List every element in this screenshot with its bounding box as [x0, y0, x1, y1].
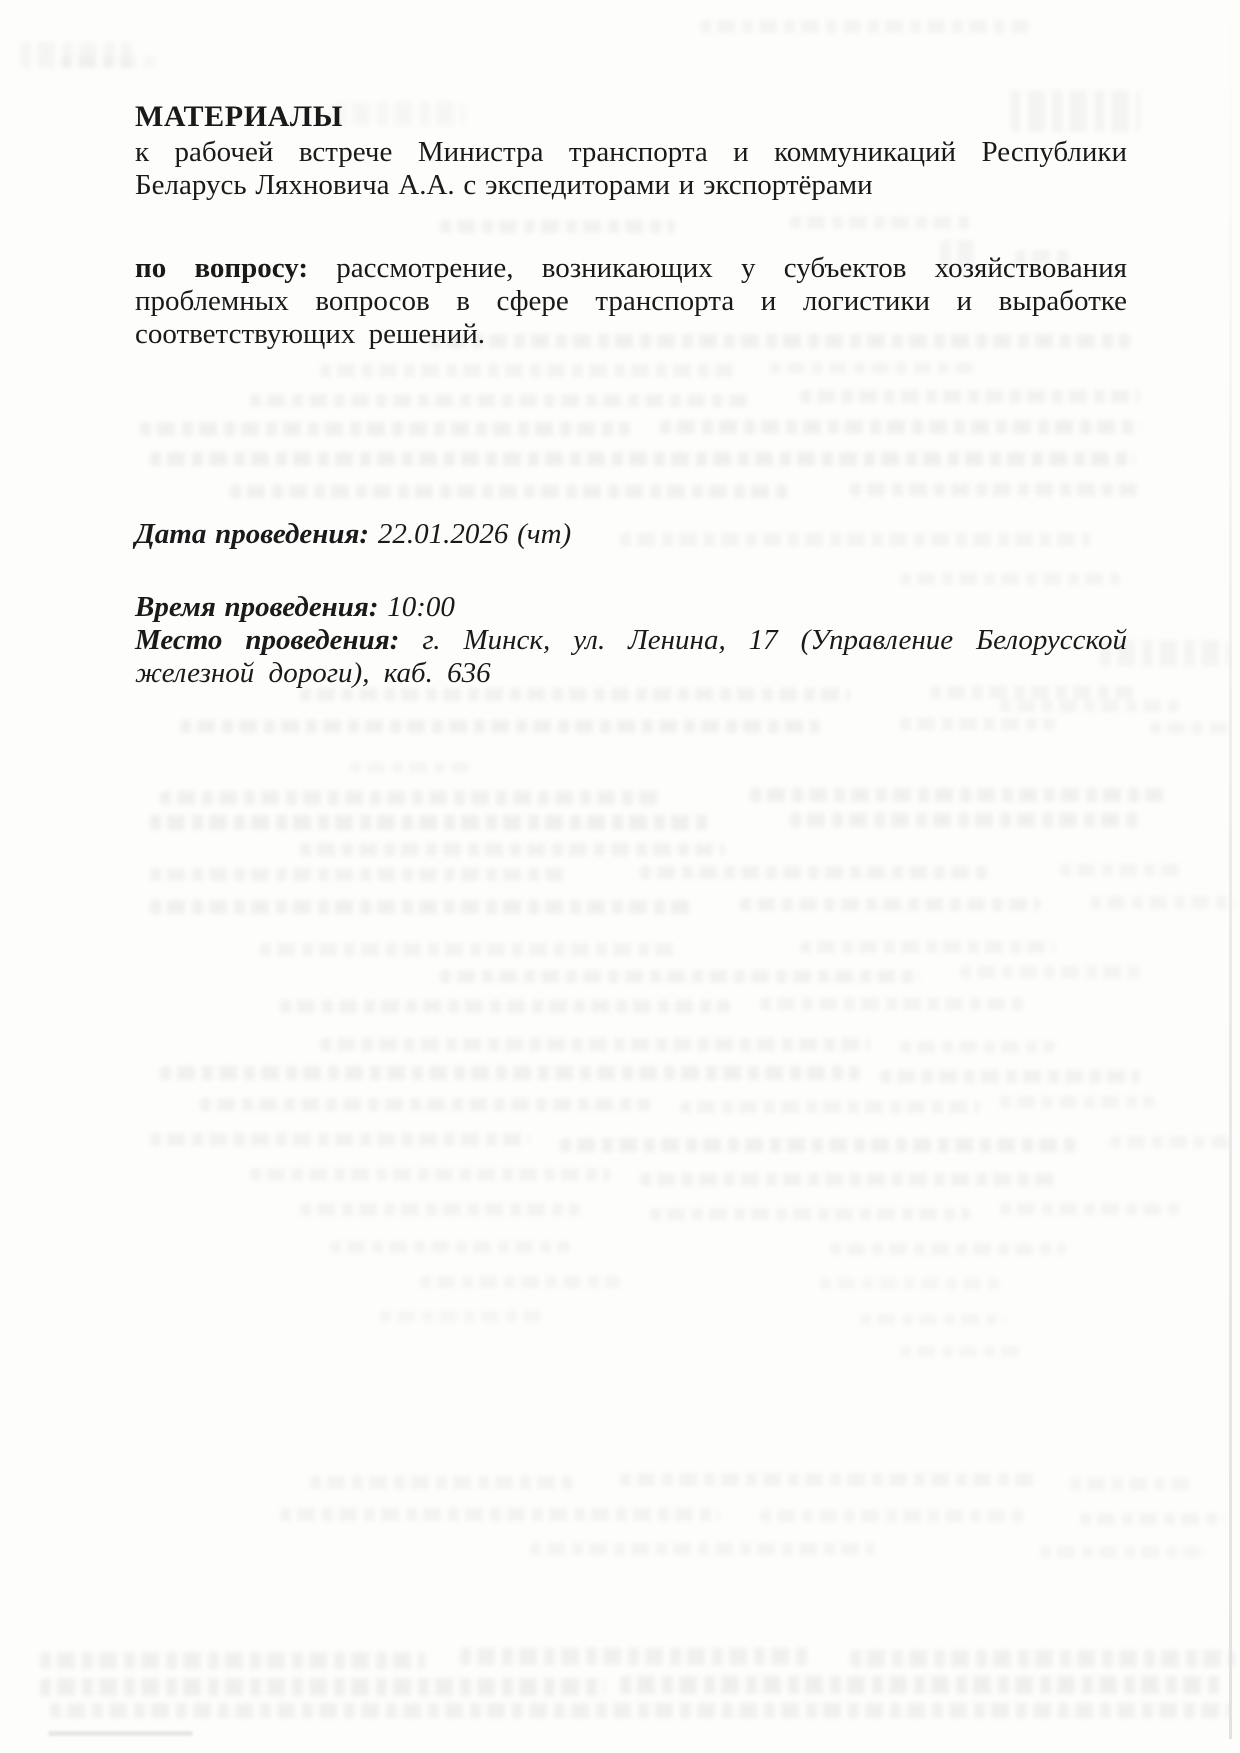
bleed-through-ghost: [900, 1346, 1025, 1357]
bleed-through-ghost: [280, 1000, 730, 1013]
time-value: 10:00: [387, 591, 455, 623]
bleed-through-ghost: [760, 998, 1025, 1010]
bleed-through-ghost: [1000, 700, 1185, 712]
bleed-through-ghost: [300, 843, 725, 856]
document-title: МАТЕРИАЛЫ: [135, 100, 1127, 133]
bleed-through-ghost: [650, 1208, 970, 1220]
bleed-through-ghost: [660, 420, 1140, 434]
bleed-through-ghost: [850, 1650, 1235, 1667]
bleed-through-ghost: [150, 900, 690, 914]
bleed-through-ghost: [860, 1314, 1005, 1325]
bleed-through-ghost: [1080, 1513, 1225, 1525]
bleed-through-ghost: [800, 390, 1140, 403]
bleed-through-ghost: [40, 1678, 605, 1696]
scanned-document-page: МАТЕРИАЛЫ к рабочей встрече Министра тра…: [0, 0, 1240, 1753]
bleed-through-ghost: [880, 1070, 1140, 1083]
bleed-through-ghost: [180, 720, 820, 733]
scan-streak-bottom: [48, 1731, 193, 1736]
bleed-through-ghost: [420, 1276, 620, 1288]
bleed-through-ghost: [680, 1101, 980, 1113]
bleed-through-ghost: [140, 422, 630, 436]
bleed-through-ghost: [350, 762, 475, 773]
bleed-through-ghost: [1000, 1203, 1185, 1215]
bleed-through-ghost: [790, 216, 975, 229]
bleed-through-ghost: [230, 485, 790, 498]
bleed-through-ghost: [740, 898, 1040, 911]
date-label: Дата проведения:: [135, 518, 369, 550]
bleed-through-ghost: [440, 220, 675, 233]
bleed-through-ghost: [1110, 1136, 1230, 1148]
bleed-through-ghost: [440, 970, 920, 983]
bleed-through-ghost: [1150, 722, 1235, 734]
bleed-through-ghost: [160, 1066, 860, 1080]
bleed-through-ghost: [770, 362, 980, 374]
bleed-through-ghost: [620, 1676, 1225, 1694]
time-label: Время проведения:: [135, 591, 379, 623]
bleed-through-ghost: [960, 966, 1145, 978]
bleed-through-ghost: [700, 20, 1030, 33]
date-line: Дата проведения: 22.01.2026 (чт): [135, 518, 1127, 551]
bleed-through-ghost: [300, 1203, 580, 1216]
bleed-through-ghost: [160, 791, 660, 805]
bleed-through-ghost: [60, 56, 160, 68]
bleed-through-ghost: [50, 1703, 1230, 1718]
bleed-through-ghost: [1040, 1546, 1205, 1558]
subject-paragraph: по вопросу: рассмотрение, возникающих у …: [135, 252, 1127, 351]
subject-label: по вопросу:: [135, 252, 308, 284]
time-line: Время проведения: 10:00: [135, 591, 1127, 624]
bleed-through-ghost: [1000, 1096, 1155, 1108]
bleed-through-ghost: [150, 815, 710, 830]
intro-paragraph: к рабочей встрече Министра транспорта и …: [135, 136, 1127, 202]
bleed-through-ghost: [150, 1133, 530, 1146]
bleed-through-ghost: [760, 1510, 1025, 1522]
bleed-through-ghost: [830, 1243, 1065, 1255]
bleed-through-ghost: [900, 718, 1055, 730]
bleed-through-ghost: [900, 1041, 1055, 1053]
bleed-through-ghost: [1070, 1478, 1195, 1490]
bleed-through-ghost: [150, 452, 1135, 466]
date-value: 22.01.2026 (чт): [378, 518, 571, 550]
bleed-through-ghost: [150, 868, 570, 881]
bleed-through-ghost: [640, 866, 990, 879]
bleed-through-ghost: [260, 943, 680, 956]
bleed-through-ghost: [20, 42, 132, 68]
bleed-through-ghost: [790, 813, 1140, 827]
bleed-through-ghost: [250, 394, 750, 407]
bleed-through-ghost: [320, 1038, 870, 1051]
place-label: Место проведения:: [135, 624, 399, 656]
bleed-through-ghost: [310, 1476, 575, 1489]
scan-edge-right: [1229, 0, 1232, 1739]
bleed-through-ghost: [380, 1311, 545, 1322]
bleed-through-ghost: [900, 573, 1120, 585]
bleed-through-ghost: [800, 941, 1055, 953]
bleed-through-ghost: [620, 1473, 1040, 1486]
bleed-through-ghost: [200, 1098, 650, 1111]
bleed-through-ghost: [40, 1652, 425, 1669]
bleed-through-ghost: [330, 1241, 570, 1253]
bleed-through-ghost: [850, 483, 1140, 496]
bleed-through-ghost: [320, 364, 740, 377]
bleed-through-ghost: [460, 1648, 810, 1665]
bleed-through-ghost: [1090, 896, 1235, 909]
bleed-through-ghost: [280, 1508, 720, 1521]
bleed-through-ghost: [560, 1138, 1080, 1152]
bleed-through-ghost: [820, 1278, 1005, 1289]
bleed-through-ghost: [750, 788, 1170, 802]
bleed-through-ghost: [1060, 864, 1185, 876]
place-line: Место проведения: г. Минск, ул. Ленина, …: [135, 624, 1127, 690]
bleed-through-ghost: [530, 1543, 875, 1555]
bleed-through-ghost: [250, 1168, 610, 1181]
bleed-through-ghost: [640, 1173, 1060, 1186]
